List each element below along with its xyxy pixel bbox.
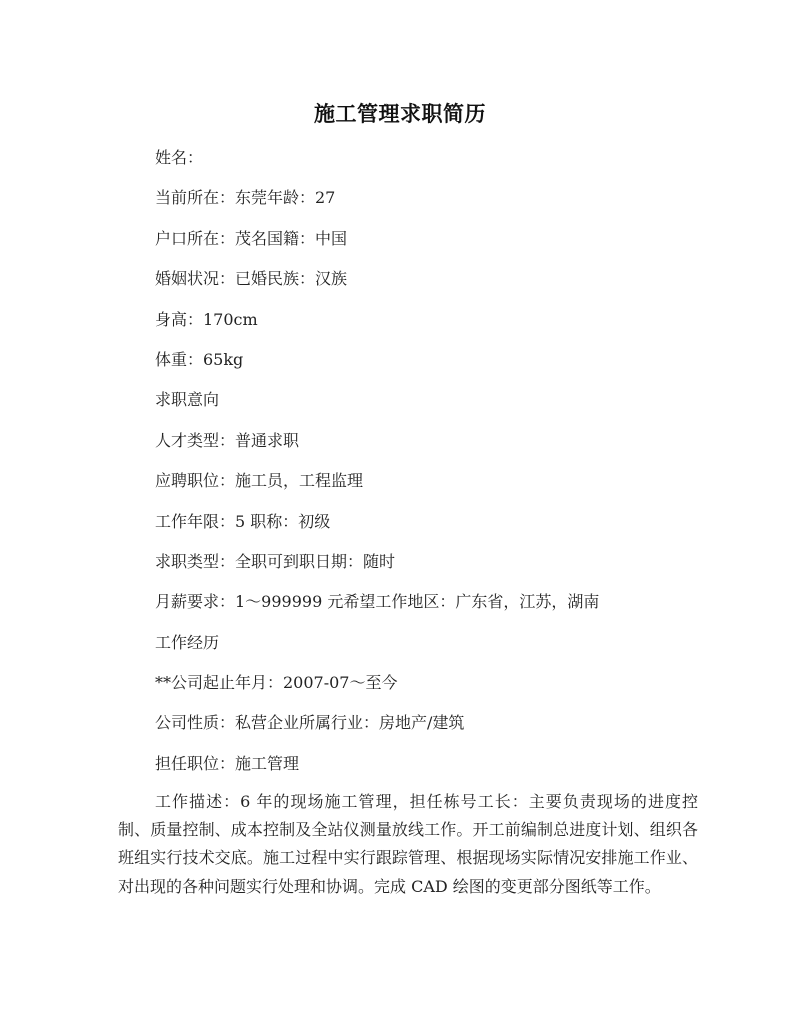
field-company-period: **公司起止年月：2007-07～至今: [155, 671, 599, 711]
field-name: 姓名：: [155, 146, 599, 186]
section-heading-work-experience: 工作经历: [155, 631, 599, 671]
field-marital-ethnicity: 婚姻状况：已婚民族：汉族: [155, 267, 599, 307]
resume-fields: 姓名： 当前所在：东莞年龄：27 户口所在：茂名国籍：中国 婚姻状况：已婚民族：…: [155, 146, 599, 792]
field-job-type-availability: 求职类型：全职可到职日期：随时: [155, 550, 599, 590]
field-location-age: 当前所在：东莞年龄：27: [155, 186, 599, 226]
field-position-held: 担任职位：施工管理: [155, 752, 599, 792]
field-applied-position: 应聘职位：施工员，工程监理: [155, 469, 599, 509]
document-page: 施工管理求职简历 姓名： 当前所在：东莞年龄：27 户口所在：茂名国籍：中国 婚…: [0, 0, 800, 1035]
work-description-paragraph: 工作描述：6 年的现场施工管理，担任栋号工长：主要负责现场的进度控制、质量控制、…: [118, 788, 698, 901]
section-heading-job-intention: 求职意向: [155, 388, 599, 428]
field-weight: 体重：65kg: [155, 348, 599, 388]
field-height: 身高：170cm: [155, 308, 599, 348]
field-hukou-nationality: 户口所在：茂名国籍：中国: [155, 227, 599, 267]
field-salary-region: 月薪要求：1～999999 元希望工作地区：广东省，江苏，湖南: [155, 590, 599, 630]
document-title: 施工管理求职简历: [0, 98, 800, 128]
field-company-nature-industry: 公司性质：私营企业所属行业：房地产/建筑: [155, 711, 599, 751]
field-years-title: 工作年限：5 职称：初级: [155, 510, 599, 550]
field-talent-type: 人才类型：普通求职: [155, 429, 599, 469]
